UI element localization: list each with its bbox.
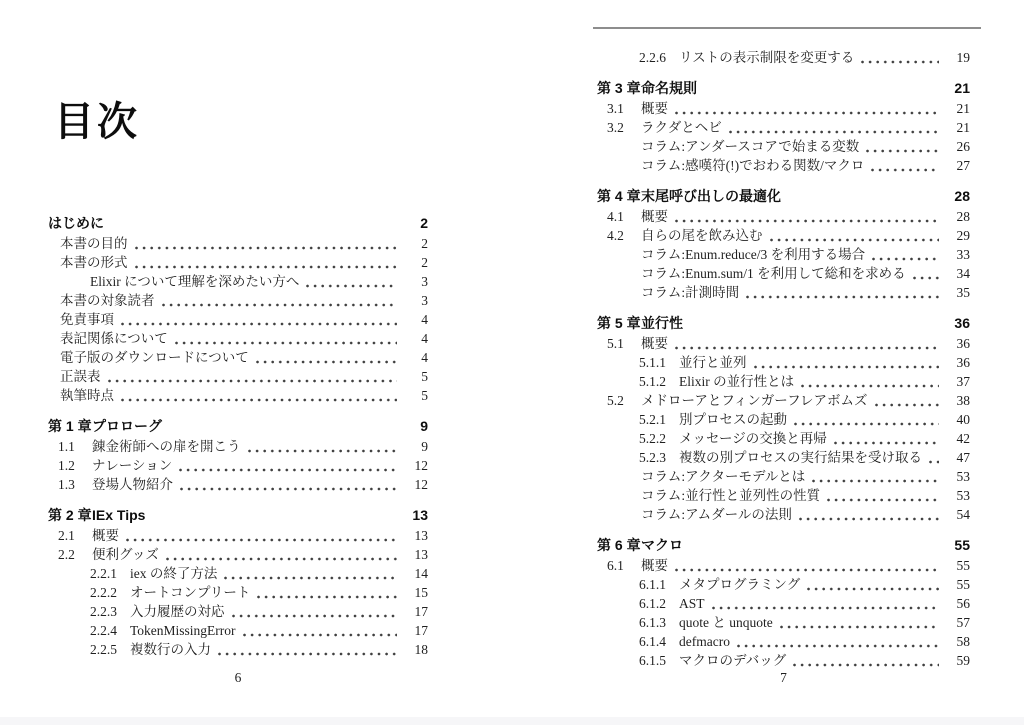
- toc-entry-page-number: 29: [944, 226, 970, 245]
- toc-entry-title: メッセージの交換と再帰: [679, 429, 827, 448]
- toc-entry-page-number: 14: [402, 564, 428, 583]
- toc-entry-number: 第 5 章: [597, 313, 641, 334]
- dot-leader: [854, 48, 944, 67]
- toc-entry-page-number: 13: [402, 526, 428, 545]
- toc-entry-page-number: 40: [944, 410, 970, 429]
- toc-entry-title: 並行性: [641, 313, 683, 334]
- toc-entry[interactable]: コラム:アムダールの法則54: [597, 505, 970, 524]
- toc-entry-title: コラム:アンダースコアで始まる変数: [641, 137, 859, 156]
- toc-entry[interactable]: 執筆時点5: [48, 386, 428, 405]
- toc-entry[interactable]: 6.1概要55: [597, 556, 970, 575]
- toc-entry-title: コラム:並行性と並列性の性質: [641, 486, 820, 505]
- toc-entry-page-number: 36: [944, 353, 970, 372]
- toc-entry-title: ナレーション: [92, 456, 172, 475]
- toc-entry-number: 2.2.5: [90, 640, 130, 659]
- toc-entry-page-number: 53: [944, 467, 970, 486]
- toc-entry-title: 本書の対象読者: [60, 291, 155, 310]
- toc-entry-page-number: 17: [402, 602, 428, 621]
- toc-entry-number: 第 4 章: [597, 186, 641, 207]
- toc-entry[interactable]: 第 2 章IEx Tips13: [48, 505, 428, 526]
- toc-entry-page-number: 2: [402, 213, 428, 234]
- toc-entry-number: 4.1: [607, 207, 641, 226]
- dot-leader: [241, 437, 403, 456]
- toc-entry[interactable]: 免責事項4: [48, 310, 428, 329]
- toc-entry[interactable]: 本書の目的2: [48, 234, 428, 253]
- toc-entry-number: 1.3: [58, 475, 92, 494]
- dot-leader: [172, 456, 402, 475]
- toc-entry[interactable]: コラム:計測時間35: [597, 283, 970, 302]
- toc-entry[interactable]: 第 1 章プロローグ9: [48, 416, 428, 437]
- toc-entry-title: 概要: [641, 334, 668, 353]
- toc-entry[interactable]: Elixir について理解を深めたい方へ3: [48, 272, 428, 291]
- dot-leader: [173, 475, 402, 494]
- dot-leader: [747, 353, 945, 372]
- toc-entry-title: メドローアとフィンガーフレアボムズ: [641, 391, 868, 410]
- toc-entry-title: メタプログラミング: [679, 575, 800, 594]
- toc-entry-title: 登場人物紹介: [92, 475, 173, 494]
- toc-entry[interactable]: 2.2.5複数行の入力18: [48, 640, 428, 659]
- toc-entry-page-number: 55: [944, 556, 970, 575]
- toc-entry[interactable]: はじめに2: [48, 213, 428, 234]
- toc-entry-number: 5.2.1: [639, 410, 679, 429]
- dot-leader: [820, 486, 944, 505]
- dot-leader: [249, 348, 402, 367]
- toc-entry-title: コラム:アムダールの法則: [641, 505, 792, 524]
- dot-leader: [668, 207, 944, 226]
- toc-entry-page-number: 2: [402, 253, 428, 272]
- dot-leader: [668, 99, 944, 118]
- toc-entry-title: 概要: [641, 207, 668, 226]
- toc-entry-number: 1.2: [58, 456, 92, 475]
- toc-entry-title: 命名規則: [641, 78, 697, 99]
- toc-entry[interactable]: 電子版のダウンロードについて4: [48, 348, 428, 367]
- toc-entry-title: iex の終了方法: [130, 564, 217, 583]
- dot-leader: [668, 556, 944, 575]
- toc-entry-page-number: 13: [402, 505, 428, 526]
- toc-entry-number: 5.2.3: [639, 448, 679, 467]
- toc-entry-page-number: 34: [944, 264, 970, 283]
- toc-entry-title: 別プロセスの起動: [679, 410, 787, 429]
- toc-entry-title: TokenMissingError: [130, 621, 236, 640]
- toc-entry[interactable]: コラム:アクターモデルとは53: [597, 467, 970, 486]
- toc-entry[interactable]: 5.1.1並行と並列36: [597, 353, 970, 372]
- toc-entry-page-number: 59: [944, 651, 970, 670]
- dot-leader: [211, 640, 402, 659]
- toc-entry-page-number: 4: [402, 310, 428, 329]
- toc-entry-page-number: 47: [944, 448, 970, 467]
- toc-entry[interactable]: 2.2.6リストの表示制限を変更する19: [597, 48, 970, 67]
- toc-entry-title: コラム:感嘆符(!)でおわる関数/マクロ: [641, 156, 864, 175]
- toc-entry-title: コラム:アクターモデルとは: [641, 467, 805, 486]
- toc-entry-title: コラム:Enum.reduce/3 を利用する場合: [641, 245, 865, 264]
- toc-entry-title: defmacro: [679, 632, 730, 651]
- toc-entry-page-number: 4: [402, 329, 428, 348]
- toc-entry-title: マクロのデバッグ: [679, 651, 786, 670]
- dot-leader: [859, 137, 944, 156]
- toc-entry-page-number: 28: [944, 207, 970, 226]
- toc-entry-page-number: 27: [944, 156, 970, 175]
- dot-leader: [114, 386, 402, 405]
- toc-entry-page-number: 12: [402, 475, 428, 494]
- toc-entry-page-number: 33: [944, 245, 970, 264]
- toc-entry-title: Elixir について理解を深めたい方へ: [90, 272, 299, 291]
- toc-entry[interactable]: 5.2.1別プロセスの起動40: [597, 410, 970, 429]
- toc-entry[interactable]: 2.2.3入力履歴の対応17: [48, 602, 428, 621]
- toc-entry-page-number: 28: [944, 186, 970, 207]
- toc-entry[interactable]: 4.1概要28: [597, 207, 970, 226]
- toc-entry-title: Elixir の並行性とは: [679, 372, 794, 391]
- dot-leader: [128, 234, 403, 253]
- toc-entry[interactable]: 6.1.3quote と unquote57: [597, 613, 970, 632]
- toc-entry-number: 6.1.5: [639, 651, 679, 670]
- toc-entry-title: コラム:Enum.sum/1 を利用して総和を求める: [641, 264, 906, 283]
- right-page-folio: 7: [597, 669, 970, 687]
- dot-leader: [794, 372, 944, 391]
- toc-entry[interactable]: コラム:感嘆符(!)でおわる関数/マクロ27: [597, 156, 970, 175]
- toc-entry-title: 複数行の入力: [130, 640, 211, 659]
- dot-leader: [773, 613, 944, 632]
- toc-entry[interactable]: 第 4 章末尾呼び出しの最適化28: [597, 186, 970, 207]
- toc-entry-title: 正誤表: [60, 367, 101, 386]
- toc-entry-page-number: 53: [944, 486, 970, 505]
- dot-leader: [101, 367, 403, 386]
- right-page-header-rule: [593, 27, 981, 29]
- dot-leader: [922, 448, 944, 467]
- toc-entry-page-number: 37: [944, 372, 970, 391]
- dot-leader: [217, 564, 402, 583]
- toc-entry-number: 4.2: [607, 226, 641, 245]
- toc-entry-page-number: 18: [402, 640, 428, 659]
- dot-leader: [868, 391, 944, 410]
- dot-leader: [865, 245, 944, 264]
- dot-leader: [827, 429, 944, 448]
- toc-entry-title: 入力履歴の対応: [130, 602, 225, 621]
- toc-entry-page-number: 35: [944, 283, 970, 302]
- toc-entry-title: 本書の目的: [60, 234, 128, 253]
- toc-entry-page-number: 42: [944, 429, 970, 448]
- toc-entry[interactable]: 6.1.4defmacro58: [597, 632, 970, 651]
- toc-entry-title: 概要: [641, 99, 668, 118]
- left-page-folio: 6: [48, 669, 428, 687]
- toc-entry-number: 第 2 章: [48, 505, 92, 526]
- toc-entry[interactable]: 本書の形式2: [48, 253, 428, 272]
- toc-entry-number: 5.1: [607, 334, 641, 353]
- dot-leader: [668, 334, 944, 353]
- toc-entry-title: 概要: [641, 556, 668, 575]
- dot-leader: [722, 118, 944, 137]
- dot-leader: [155, 291, 403, 310]
- toc-entry-number: 2.1: [58, 526, 92, 545]
- toc-entry-page-number: 21: [944, 78, 970, 99]
- toc-entry-title: リストの表示制限を変更する: [679, 48, 854, 67]
- toc-entry[interactable]: 5.1.2Elixir の並行性とは37: [597, 372, 970, 391]
- toc-entry[interactable]: 2.2.2オートコンプリート15: [48, 583, 428, 602]
- toc-entry-page-number: 3: [402, 291, 428, 310]
- toc-entry[interactable]: コラム:Enum.sum/1 を利用して総和を求める34: [597, 264, 970, 283]
- toc-entry-number: 2.2: [58, 545, 92, 564]
- toc-entry-number: 6.1.4: [639, 632, 679, 651]
- toc-left-page: はじめに2本書の目的2本書の形式2Elixir について理解を深めたい方へ3本書…: [48, 202, 428, 659]
- toc-entry-number: 第 3 章: [597, 78, 641, 99]
- toc-entry[interactable]: 1.3登場人物紹介12: [48, 475, 428, 494]
- dot-leader: [119, 526, 402, 545]
- toc-entry-number: 2.2.6: [639, 48, 679, 67]
- toc-entry-number: 2.2.3: [90, 602, 130, 621]
- dot-leader: [739, 283, 944, 302]
- toc-entry-page-number: 9: [402, 437, 428, 456]
- toc-entry-number: 5.2.2: [639, 429, 679, 448]
- toc-entry-number: 第 6 章: [597, 535, 641, 556]
- toc-entry-page-number: 26: [944, 137, 970, 156]
- toc-entry-page-number: 17: [402, 621, 428, 640]
- toc-entry-number: 第 1 章: [48, 416, 92, 437]
- toc-entry-title: 末尾呼び出しの最適化: [641, 186, 781, 207]
- toc-entry-page-number: 12: [402, 456, 428, 475]
- toc-entry-title: ラクダとヘビ: [641, 118, 722, 137]
- dot-leader: [299, 272, 402, 291]
- toc-entry[interactable]: 正誤表5: [48, 367, 428, 386]
- dot-leader: [250, 583, 402, 602]
- dot-leader: [159, 545, 402, 564]
- toc-entry-page-number: 13: [402, 545, 428, 564]
- toc-entry-page-number: 36: [944, 334, 970, 353]
- toc-entry[interactable]: 表記関係について4: [48, 329, 428, 348]
- toc-entry-page-number: 55: [944, 535, 970, 556]
- toc-entry-title: 概要: [92, 526, 119, 545]
- toc-entry-title: オートコンプリート: [130, 583, 250, 602]
- dot-leader: [705, 594, 944, 613]
- toc-entry-title: 便利グッズ: [92, 545, 159, 564]
- toc-entry-page-number: 5: [402, 367, 428, 386]
- toc-entry-page-number: 2: [402, 234, 428, 253]
- toc-entry[interactable]: 2.2.1iex の終了方法14: [48, 564, 428, 583]
- toc-entry-title: 表記関係について: [60, 329, 168, 348]
- toc-entry[interactable]: 1.1錬金術師への扉を開こう9: [48, 437, 428, 456]
- toc-entry-number: 6.1.3: [639, 613, 679, 632]
- dot-leader: [805, 467, 944, 486]
- dot-leader: [763, 226, 945, 245]
- toc-entry-title: コラム:計測時間: [641, 283, 739, 302]
- dot-leader: [906, 264, 944, 283]
- toc-entry-page-number: 4: [402, 348, 428, 367]
- toc-entry[interactable]: 第 6 章マクロ55: [597, 535, 970, 556]
- toc-entry[interactable]: 4.2自らの尾を飲み込む29: [597, 226, 970, 245]
- toc-entry-title: 並行と並列: [679, 353, 747, 372]
- dot-leader: [786, 651, 944, 670]
- toc-entry-number: 1.1: [58, 437, 92, 456]
- toc-entry[interactable]: 5.1概要36: [597, 334, 970, 353]
- toc-entry-number: 6.1.2: [639, 594, 679, 613]
- dot-leader: [114, 310, 402, 329]
- toc-entry-title: マクロ: [641, 535, 683, 556]
- toc-entry-title: 自らの尾を飲み込む: [641, 226, 763, 245]
- toc-entry[interactable]: 5.2メドローアとフィンガーフレアボムズ38: [597, 391, 970, 410]
- toc-entry-number: 6.1.1: [639, 575, 679, 594]
- dot-leader: [168, 329, 402, 348]
- toc-entry-page-number: 56: [944, 594, 970, 613]
- toc-entry[interactable]: 3.1概要21: [597, 99, 970, 118]
- toc-entry-page-number: 3: [402, 272, 428, 291]
- toc-entry-page-number: 58: [944, 632, 970, 651]
- dot-leader: [792, 505, 944, 524]
- toc-entry-page-number: 36: [944, 313, 970, 334]
- toc-right-page: 2.2.6リストの表示制限を変更する19第 3 章命名規則213.1概要213.…: [597, 48, 970, 670]
- toc-entry-title: quote と unquote: [679, 613, 773, 632]
- toc-entry-number: 2.2.1: [90, 564, 130, 583]
- dot-leader: [800, 575, 944, 594]
- toc-entry-title: AST: [679, 594, 705, 613]
- toc-entry-page-number: 54: [944, 505, 970, 524]
- toc-entry-number: 3.1: [607, 99, 641, 118]
- toc-entry-title: 免責事項: [60, 310, 114, 329]
- dot-leader: [864, 156, 944, 175]
- toc-entry[interactable]: 2.2.4TokenMissingError17: [48, 621, 428, 640]
- toc-entry-number: 5.1.2: [639, 372, 679, 391]
- toc-entry-page-number: 38: [944, 391, 970, 410]
- toc-entry-number: 5.2: [607, 391, 641, 410]
- toc-entry-number: 2.2.2: [90, 583, 130, 602]
- toc-entry-page-number: 57: [944, 613, 970, 632]
- toc-entry-title: 複数の別プロセスの実行結果を受け取る: [679, 448, 922, 467]
- dot-leader: [128, 253, 403, 272]
- toc-entry-title: プロローグ: [92, 416, 162, 437]
- toc-entry[interactable]: 2.2便利グッズ13: [48, 545, 428, 564]
- dot-leader: [236, 621, 402, 640]
- toc-entry[interactable]: 2.1概要13: [48, 526, 428, 545]
- toc-entry-title: 本書の形式: [60, 253, 128, 272]
- toc-entry-page-number: 55: [944, 575, 970, 594]
- toc-entry-page-number: 15: [402, 583, 428, 602]
- toc-entry[interactable]: コラム:並行性と並列性の性質53: [597, 486, 970, 505]
- toc-entry-title: 錬金術師への扉を開こう: [92, 437, 241, 456]
- toc-entry-number: 2.2.4: [90, 621, 130, 640]
- toc-entry-title: 執筆時点: [60, 386, 114, 405]
- dot-leader: [787, 410, 944, 429]
- toc-entry[interactable]: 6.1.2AST56: [597, 594, 970, 613]
- toc-entry-number: 6.1: [607, 556, 641, 575]
- toc-entry-number: 5.1.1: [639, 353, 679, 372]
- toc-entry[interactable]: 5.2.2メッセージの交換と再帰42: [597, 429, 970, 448]
- toc-entry[interactable]: 3.2ラクダとヘビ21: [597, 118, 970, 137]
- toc-entry[interactable]: 6.1.5マクロのデバッグ59: [597, 651, 970, 670]
- toc-entry[interactable]: コラム:Enum.reduce/3 を利用する場合33: [597, 245, 970, 264]
- toc-entry[interactable]: 第 3 章命名規則21: [597, 78, 970, 99]
- dot-leader: [730, 632, 944, 651]
- toc-entry[interactable]: 6.1.1メタプログラミング55: [597, 575, 970, 594]
- book-spread: 目次 はじめに2本書の目的2本書の形式2Elixir について理解を深めたい方へ…: [0, 0, 1024, 725]
- toc-entry-title: IEx Tips: [92, 505, 145, 526]
- toc-entry[interactable]: 5.2.3複数の別プロセスの実行結果を受け取る47: [597, 448, 970, 467]
- toc-entry-title: 電子版のダウンロードについて: [60, 348, 249, 367]
- toc-entry[interactable]: コラム:アンダースコアで始まる変数26: [597, 137, 970, 156]
- toc-entry-page-number: 21: [944, 118, 970, 137]
- toc-entry-page-number: 19: [944, 48, 970, 67]
- toc-entry-page-number: 21: [944, 99, 970, 118]
- toc-entry-title: はじめに: [48, 213, 104, 234]
- toc-entry-page-number: 5: [402, 386, 428, 405]
- toc-entry[interactable]: 第 5 章並行性36: [597, 313, 970, 334]
- toc-entry[interactable]: 本書の対象読者3: [48, 291, 428, 310]
- toc-title: 目次: [54, 102, 140, 142]
- toc-entry-page-number: 9: [402, 416, 428, 437]
- dot-leader: [225, 602, 403, 621]
- toc-entry[interactable]: 1.2ナレーション12: [48, 456, 428, 475]
- toc-entry-number: 3.2: [607, 118, 641, 137]
- page-bottom-edge: [0, 717, 1024, 725]
